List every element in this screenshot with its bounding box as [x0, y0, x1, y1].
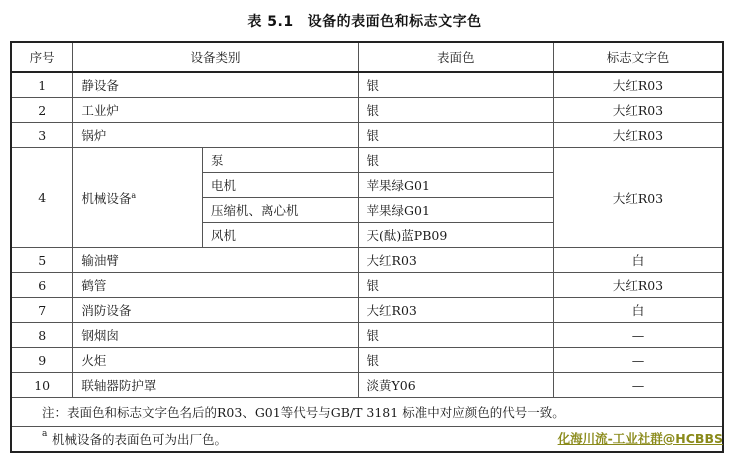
cell-category: 钢烟囱: [73, 323, 358, 348]
cell-label: —: [553, 348, 723, 373]
cell-category: 静设备: [73, 72, 358, 98]
table-row: 6 鹤管 银 大红R03: [11, 273, 723, 298]
table-header-row: 序号 设备类别 表面色 标志文字色: [11, 42, 723, 72]
cell-no: 7: [11, 298, 73, 323]
cell-no: 10: [11, 373, 73, 398]
cell-label: 大红R03: [553, 148, 723, 248]
cell-no: 9: [11, 348, 73, 373]
cell-surface: 银: [358, 348, 553, 373]
footnote-mark: a: [131, 190, 136, 199]
cell-no: 3: [11, 123, 73, 148]
cell-surface: 银: [358, 148, 553, 173]
table-caption: 设备的表面色和标志文字色: [308, 14, 482, 30]
header-label: 标志文字色: [553, 42, 723, 72]
cell-label: 大红R03: [553, 72, 723, 98]
table-row: 2 工业炉 银 大红R03: [11, 98, 723, 123]
cell-surface: 银: [358, 273, 553, 298]
cell-no: 2: [11, 98, 73, 123]
table-note-row: 注：表面色和标志文字色名后的R03、G01等代号与GB/T 3181 标准中对应…: [11, 398, 723, 427]
header-surface: 表面色: [358, 42, 553, 72]
cell-surface: 银: [358, 323, 553, 348]
cell-label: 大红R03: [553, 98, 723, 123]
cell-category: 锅炉: [73, 123, 358, 148]
cell-label: —: [553, 373, 723, 398]
cell-category: 机械设备a: [73, 148, 203, 248]
table-row: 1 静设备 银 大红R03: [11, 72, 723, 98]
table-row-mechanical: 4 机械设备a 泵 银 大红R03: [11, 148, 723, 173]
cell-no: 5: [11, 248, 73, 273]
cell-label: 白: [553, 248, 723, 273]
cell-category: 工业炉: [73, 98, 358, 123]
table-title: 表 5.1设备的表面色和标志文字色: [0, 11, 729, 31]
cell-category: 鹤管: [73, 273, 358, 298]
cell-subcategory: 泵: [202, 148, 358, 173]
cell-surface: 天(酞)蓝PB09: [358, 223, 553, 248]
cell-surface: 银: [358, 72, 553, 98]
cell-no: 4: [11, 148, 73, 248]
cell-no: 1: [11, 72, 73, 98]
cell-surface: 苹果绿G01: [358, 173, 553, 198]
cell-subcategory: 压缩机、离心机: [202, 198, 358, 223]
cell-surface: 大红R03: [358, 248, 553, 273]
cell-subcategory: 电机: [202, 173, 358, 198]
header-category: 设备类别: [73, 42, 358, 72]
cell-label: 大红R03: [553, 273, 723, 298]
cell-subcategory: 风机: [202, 223, 358, 248]
table-row: 7 消防设备 大红R03 白: [11, 298, 723, 323]
watermark: 化海川流-工业社群@HCBBS: [558, 429, 723, 447]
header-no: 序号: [11, 42, 73, 72]
table-row: 8 钢烟囱 银 —: [11, 323, 723, 348]
footnote-mark: a: [42, 429, 47, 439]
cell-no: 8: [11, 323, 73, 348]
cell-label: —: [553, 323, 723, 348]
cell-surface: 银: [358, 123, 553, 148]
cell-label: 白: [553, 298, 723, 323]
cell-surface: 淡黄Y06: [358, 373, 553, 398]
cell-category: 联轴器防护罩: [73, 373, 358, 398]
cell-surface: 大红R03: [358, 298, 553, 323]
table-number: 表 5.1: [247, 14, 293, 30]
cell-category: 消防设备: [73, 298, 358, 323]
cell-category: 火炬: [73, 348, 358, 373]
cell-surface: 银: [358, 98, 553, 123]
cell-no: 6: [11, 273, 73, 298]
table-note: 注：表面色和标志文字色名后的R03、G01等代号与GB/T 3181 标准中对应…: [11, 398, 723, 427]
table-row: 3 锅炉 银 大红R03: [11, 123, 723, 148]
table-row: 5 输油臂 大红R03 白: [11, 248, 723, 273]
table-row: 10 联轴器防护罩 淡黄Y06 —: [11, 373, 723, 398]
cell-surface: 苹果绿G01: [358, 198, 553, 223]
table-row: 9 火炬 银 —: [11, 348, 723, 373]
equipment-color-table: 序号 设备类别 表面色 标志文字色 1 静设备 银 大红R03 2 工业炉 银 …: [10, 41, 724, 453]
cell-category: 输油臂: [73, 248, 358, 273]
cell-label: 大红R03: [553, 123, 723, 148]
